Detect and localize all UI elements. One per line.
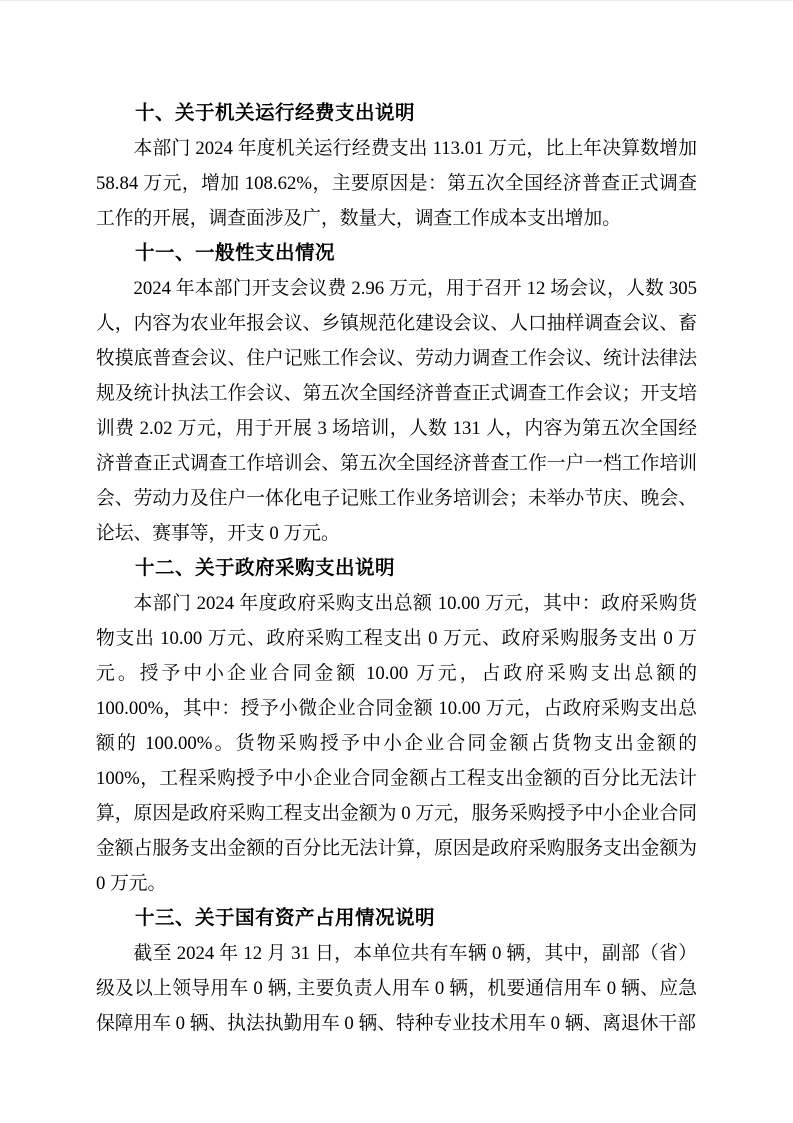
section-paragraph: 2024 年本部门开支会议费 2.96 万元，用于召开 12 场会议，人数 30…: [96, 271, 697, 551]
section-heading: 十三、关于国有资产占用情况说明: [96, 901, 697, 936]
section-heading: 十二、关于政府采购支出说明: [96, 551, 697, 586]
section-paragraph: 本部门 2024 年度机关运行经费支出 113.01 万元，比上年决算数增加 5…: [96, 131, 697, 236]
section-state-owned-assets: 十三、关于国有资产占用情况说明 截至 2024 年 12 月 31 日，本单位共…: [96, 901, 697, 1041]
document-page: 十、关于机关运行经费支出说明 本部门 2024 年度机关运行经费支出 113.0…: [0, 1, 793, 1123]
section-operating-expenses: 十、关于机关运行经费支出说明 本部门 2024 年度机关运行经费支出 113.0…: [96, 96, 697, 236]
section-heading: 十、关于机关运行经费支出说明: [96, 96, 697, 131]
section-heading: 十一、一般性支出情况: [96, 236, 697, 271]
section-paragraph: 本部门 2024 年度政府采购支出总额 10.00 万元，其中：政府采购货物支出…: [96, 586, 697, 901]
section-general-expenditure: 十一、一般性支出情况 2024 年本部门开支会议费 2.96 万元，用于召开 1…: [96, 236, 697, 551]
section-government-procurement: 十二、关于政府采购支出说明 本部门 2024 年度政府采购支出总额 10.00 …: [96, 551, 697, 901]
section-paragraph: 截至 2024 年 12 月 31 日，本单位共有车辆 0 辆，其中，副部（省）…: [96, 936, 697, 1041]
